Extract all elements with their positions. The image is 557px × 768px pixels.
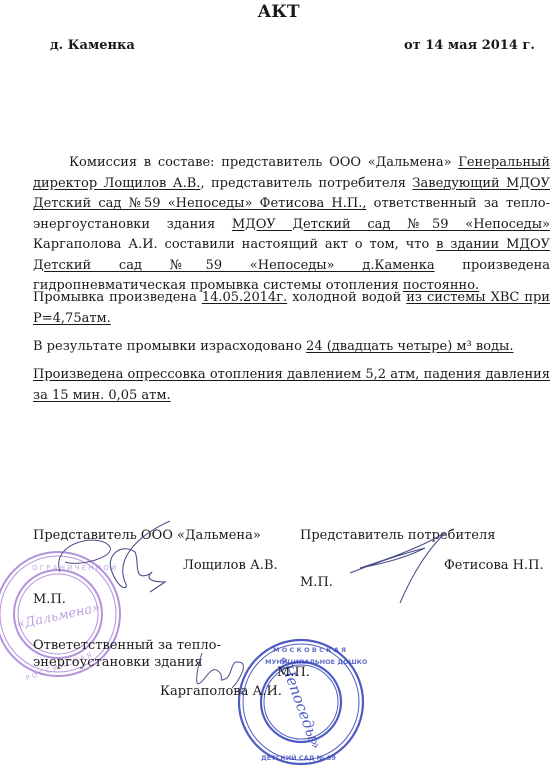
responsible-label-line2: энергоустановки здания — [33, 655, 203, 670]
paragraph-water-consumption: В результате промывки израсходовано 24 (… — [33, 337, 550, 358]
svg-text:ДЕТСКИЙ САД № 59: ДЕТСКИЙ САД № 59 — [261, 753, 336, 762]
document-title: АКТ — [0, 2, 557, 22]
document-date: от 14 мая 2014 г. — [404, 38, 535, 53]
responsible-seal-label: М.П. — [277, 665, 310, 680]
consumer-stamp: М О С К О В С К А Я МУНИЦИПАЛЬНОЕ ДОШКОЛ… — [235, 636, 367, 768]
consumer-seal-label: М.П. — [300, 575, 333, 590]
paragraph-commission: Комиссия в составе: представитель ООО «Д… — [33, 153, 550, 297]
consumer-name: Фетисова Н.П. — [444, 558, 544, 573]
consumer-signature — [345, 528, 450, 608]
document-place: д. Каменка — [50, 38, 135, 53]
responsible-signature — [192, 648, 252, 698]
supplier-signature — [40, 512, 170, 602]
svg-text:М О С К О В С К А Я: М О С К О В С К А Я — [273, 646, 346, 654]
supplier-name: Лощилов А.В. — [183, 558, 278, 573]
paragraph-pressure-test: Произведена опрессовка отопления давлени… — [33, 365, 550, 406]
paragraph-flushing: Промывка произведена 14.05.2014г. холодн… — [33, 288, 550, 329]
